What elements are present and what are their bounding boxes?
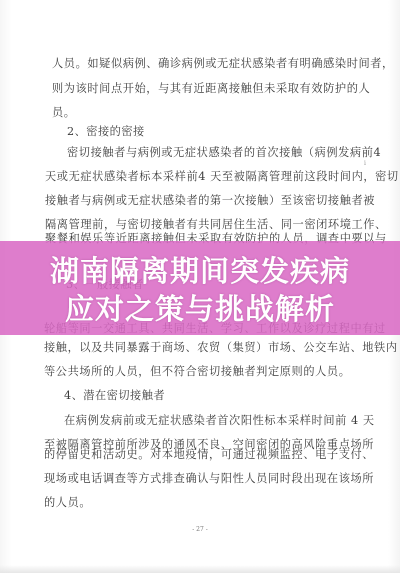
scan-mark: ⅰ [364, 160, 366, 167]
section-3-line-2: 接触，以及共同暴露于商场、农贸（集贸）市场、公交车站、地铁内 [44, 341, 398, 355]
banner-title-line-1: 湖南隔离期间突发疾病 [0, 254, 400, 288]
section-2-line-4: 隔离管理前，与密切接触者有共同居住生活、同一密闭环境工作、 [45, 218, 387, 232]
section-4-line-5: 的人员。 [44, 496, 91, 510]
page-number: - 27 - [0, 526, 400, 533]
paragraph-1-line-3: 员。 [52, 106, 76, 120]
section-4-heading: 4、潜在密切接触者 [64, 389, 165, 403]
section-2-line-1: 密切接触者与病例或无症状感染者的首次接触（病例发病前4 [67, 146, 381, 160]
section-2-heading: 2、密接的密接 [67, 125, 145, 139]
section-4-line-4: 现场或电话调查等方式排查确认与阳性人员同时段出现在该场所 [44, 472, 374, 486]
section-3-line-3: 等公共场所的人员，但不符合密切接触者判定原则的人员。 [44, 365, 350, 379]
page-bottom-shadow [0, 565, 400, 573]
paragraph-1-line-2: 则为该时间点开始，与其有近距离接触但未采取有效防护的人 [52, 82, 370, 96]
banner-title-line-2: 应对之策与挑战解析 [0, 292, 400, 326]
section-2-line-3: 接触者与病例或无症状感染者的第一次接触）至该密切接触者被 [45, 194, 375, 208]
section-4-line-1: 在病例发病前或无症状感染者首次阳性标本采样时间前 4 天 [64, 414, 375, 428]
section-4-line-3: 的停留史和活动史。对本地疫情，可通过视频监控、电子支付、 [44, 448, 374, 462]
paragraph-1-line-1: 人员。如疑似病例、确诊病例或无症状感染者有明确感染时间者， [52, 57, 394, 71]
section-2-line-2: 天或无症状感染者标本采样前4 天至被隔离管理前这段时间内，密切 [45, 170, 399, 184]
